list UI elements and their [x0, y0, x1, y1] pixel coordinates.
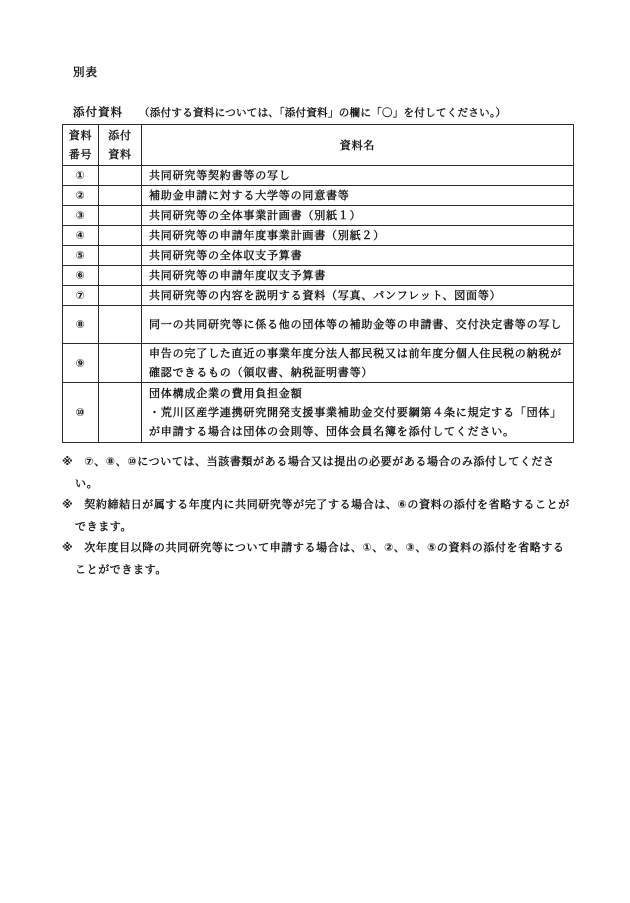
document-name: 共同研究等の申請年度事業計画書（別紙２） — [142, 226, 574, 246]
document-name: 共同研究等の全体収支予算書 — [142, 246, 574, 266]
document-number: ⑥ — [63, 266, 99, 286]
table-row: ② 補助金申請に対する大学等の同意書等 — [63, 186, 574, 206]
column-header-document-name: 資料名 — [142, 125, 574, 166]
attach-mark-cell — [99, 306, 142, 344]
table-row: ⑧ 同一の共同研究等に係る他の団体等の補助金等の申請書、交付決定書等の写し — [63, 306, 574, 344]
section-label: 添付資料 — [73, 104, 123, 120]
document-number: ③ — [63, 206, 99, 226]
attach-mark-cell — [99, 186, 142, 206]
document-name: 申告の完了した直近の事業年度分法人都民税又は前年度分個人住民税の納税が確認できる… — [142, 344, 574, 383]
footnotes: ※⑦、⑧、⑩については、当該書類がある場合又は提出の必要がある場合のみ添付してく… — [62, 451, 575, 580]
footnote-text: ⑦、⑧、⑩については、当該書類がある場合又は提出の必要がある場合のみ添付してくだ… — [75, 455, 555, 490]
document-number: ② — [63, 186, 99, 206]
document-number: ⑩ — [63, 383, 99, 443]
attach-mark-cell — [99, 266, 142, 286]
footnote-text: 契約締結日が属する年度内に共同研究等が完了する場合は、⑥の資料の添付を省略するこ… — [75, 498, 570, 533]
attach-mark-cell — [99, 286, 142, 306]
table-row: ④ 共同研究等の申請年度事業計画書（別紙２） — [63, 226, 574, 246]
column-header-document-number: 資料 番号 — [63, 125, 99, 166]
document-name: 共同研究等の内容を説明する資料（写真、パンフレット、図面等） — [142, 286, 574, 306]
section-note: （添付する資料については、「添付資料」の欄に「〇」を付してください。） — [139, 105, 506, 120]
attach-mark-cell — [99, 344, 142, 383]
attach-mark-cell — [99, 383, 142, 443]
document-number: ① — [63, 166, 99, 186]
document-page: 別表 添付資料 （添付する資料については、「添付資料」の欄に「〇」を付してくださ… — [0, 0, 630, 903]
document-name: 共同研究等の申請年度収支予算書 — [142, 266, 574, 286]
document-number: ④ — [63, 226, 99, 246]
footnote: ※契約締結日が属する年度内に共同研究等が完了する場合は、⑥の資料の添付を省略する… — [62, 494, 575, 537]
attach-mark-cell — [99, 206, 142, 226]
document-number: ⑧ — [63, 306, 99, 344]
asterisk-marker: ※ — [62, 498, 73, 511]
table-row: ⑤ 共同研究等の全体収支予算書 — [63, 246, 574, 266]
table-row: ① 共同研究等契約書等の写し — [63, 166, 574, 186]
column-header-attach-mark: 添付 資料 — [99, 125, 142, 166]
asterisk-marker: ※ — [62, 541, 73, 554]
document-number: ⑦ — [63, 286, 99, 306]
document-name: 共同研究等契約書等の写し — [142, 166, 574, 186]
footnote: ※次年度目以降の共同研究等について申請する場合は、①、②、③、⑤の資料の添付を省… — [62, 537, 575, 580]
table-row: ⑥ 共同研究等の申請年度収支予算書 — [63, 266, 574, 286]
document-name: 共同研究等の全体事業計画書（別紙１） — [142, 206, 574, 226]
page-title: 別表 — [73, 64, 98, 80]
table-row: ③ 共同研究等の全体事業計画書（別紙１） — [63, 206, 574, 226]
footnote-text: 次年度目以降の共同研究等について申請する場合は、①、②、③、⑤の資料の添付を省略… — [75, 541, 565, 576]
attachment-documents-table: 資料 番号 添付 資料 資料名 ① 共同研究等契約書等の写し ② 補助金申請に対… — [62, 124, 574, 443]
table-row: ⑩ 団体構成企業の費用負担金額 ・荒川区産学連携研究開発支援事業補助金交付要綱第… — [63, 383, 574, 443]
footnote: ※⑦、⑧、⑩については、当該書類がある場合又は提出の必要がある場合のみ添付してく… — [62, 451, 575, 494]
document-name: 補助金申請に対する大学等の同意書等 — [142, 186, 574, 206]
document-number: ⑨ — [63, 344, 99, 383]
attach-mark-cell — [99, 246, 142, 266]
attach-mark-cell — [99, 226, 142, 246]
table-header-row: 資料 番号 添付 資料 資料名 — [63, 125, 574, 166]
document-number: ⑤ — [63, 246, 99, 266]
asterisk-marker: ※ — [62, 455, 73, 468]
document-name: 同一の共同研究等に係る他の団体等の補助金等の申請書、交付決定書等の写し — [142, 306, 574, 344]
attach-mark-cell — [99, 166, 142, 186]
table-row: ⑦ 共同研究等の内容を説明する資料（写真、パンフレット、図面等） — [63, 286, 574, 306]
document-name: 団体構成企業の費用負担金額 ・荒川区産学連携研究開発支援事業補助金交付要綱第４条… — [142, 383, 574, 443]
table-row: ⑨ 申告の完了した直近の事業年度分法人都民税又は前年度分個人住民税の納税が確認で… — [63, 344, 574, 383]
